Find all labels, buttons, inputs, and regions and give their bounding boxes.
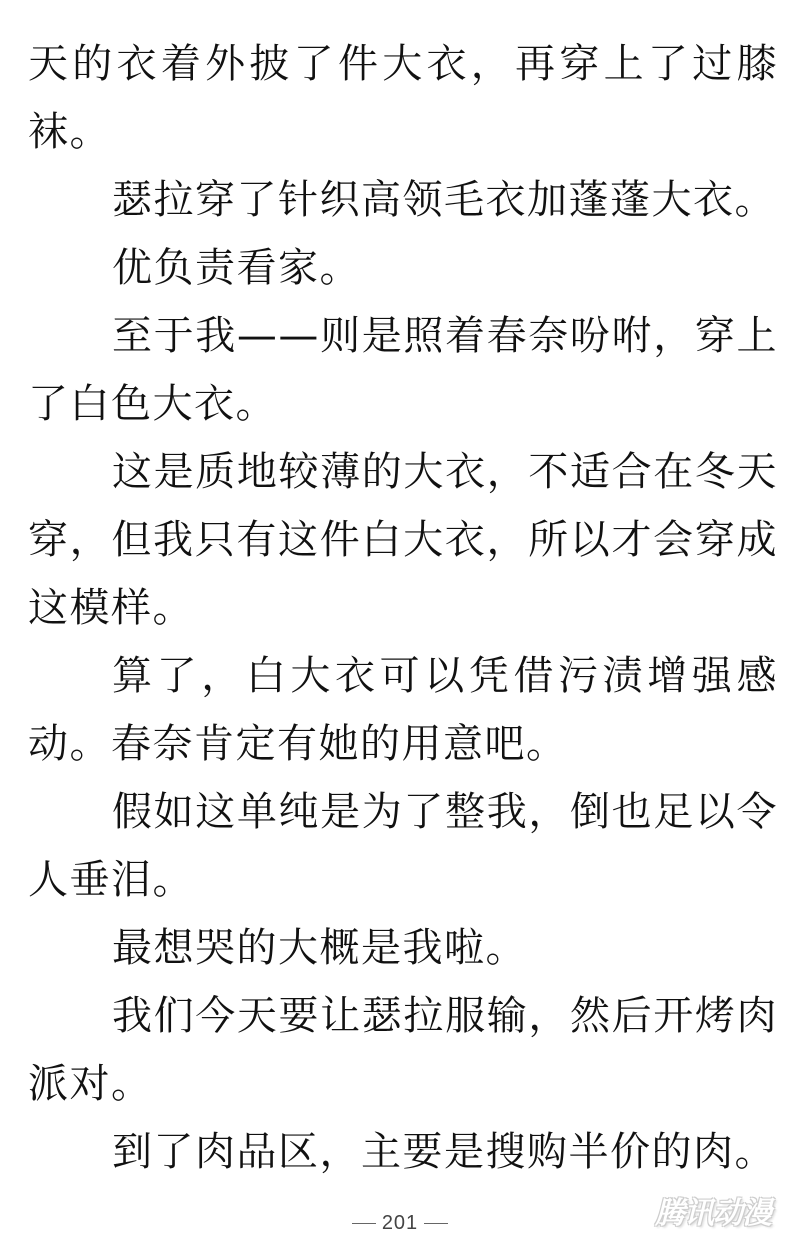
page-number-dash-left bbox=[352, 1223, 376, 1224]
paragraph: 假如这单纯是为了整我，倒也足以令人垂泪。 bbox=[28, 778, 778, 914]
paragraph: 算了，白大衣可以凭借污渍增强感动。春奈肯定有她的用意吧。 bbox=[28, 642, 778, 778]
paragraph: 至于我——则是照着春奈吩咐，穿上了白色大衣。 bbox=[28, 302, 778, 438]
page-body: 天的衣着外披了件大衣，再穿上了过膝袜。 瑟拉穿了针织高领毛衣加蓬蓬大衣。 优负责… bbox=[28, 30, 778, 1186]
paragraph: 优负责看家。 bbox=[28, 234, 778, 302]
paragraph: 最想哭的大概是我啦。 bbox=[28, 914, 778, 982]
paragraph: 天的衣着外披了件大衣，再穿上了过膝袜。 bbox=[28, 30, 778, 166]
paragraph: 我们今天要让瑟拉服输，然后开烤肉派对。 bbox=[28, 982, 778, 1118]
paragraph: 到了肉品区，主要是搜购半价的肉。 bbox=[28, 1118, 778, 1186]
page-number-value: 201 bbox=[382, 1212, 418, 1234]
paragraph: 这是质地较薄的大衣，不适合在冬天穿，但我只有这件白大衣，所以才会穿成这模样。 bbox=[28, 438, 778, 642]
page-number-dash-right bbox=[424, 1223, 448, 1224]
paragraph: 瑟拉穿了针织高领毛衣加蓬蓬大衣。 bbox=[28, 166, 778, 234]
watermark-logo: 腾讯动漫 bbox=[655, 1193, 780, 1235]
